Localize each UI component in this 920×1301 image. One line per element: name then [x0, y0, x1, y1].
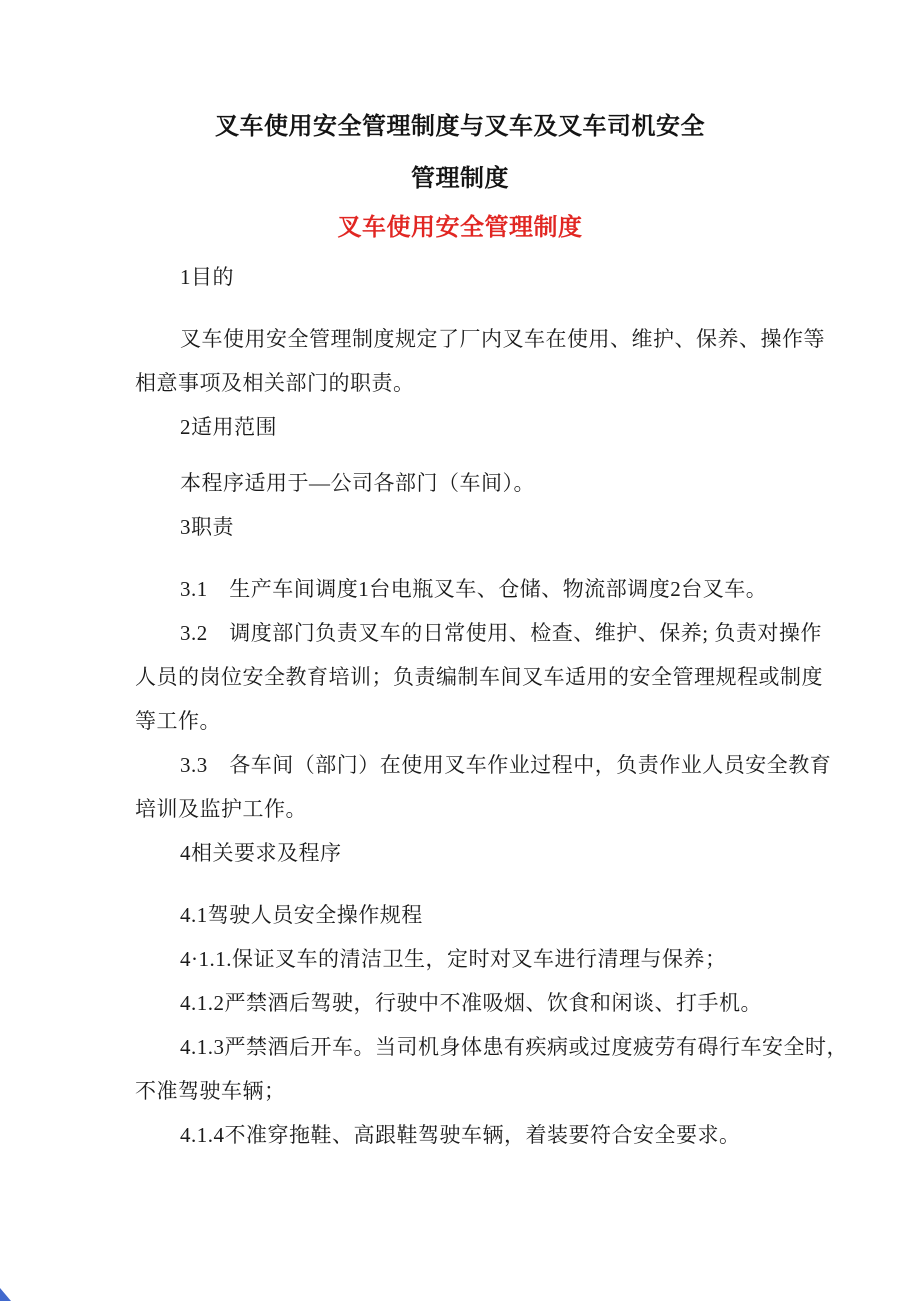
document-line: 4.1驾驶人员安全操作规程 [135, 893, 810, 937]
document-line: 3.3 各车间（部门）在使用叉车作业过程中，负责作业人员安全教育 [135, 743, 810, 787]
document-line: 叉车使用安全管理制度规定了厂内叉车在使用、维护、保养、操作等 [135, 317, 810, 361]
document-line: 等工作。 [135, 699, 810, 743]
document-title-line-1: 叉车使用安全管理制度与叉车及叉车司机安全 [0, 101, 920, 153]
document-line: 不准驾驶车辆； [135, 1069, 810, 1113]
document-line: 培训及监护工作。 [135, 787, 810, 831]
document-subtitle: 叉车使用安全管理制度 [0, 205, 920, 251]
document-line: 4相关要求及程序 [135, 831, 810, 875]
document-line: 2适用范围 [135, 405, 810, 449]
document-line: 4.1.2严禁酒后驾驶，行驶中不准吸烟、饮食和闲谈、打手机。 [135, 981, 810, 1025]
document-line: 4.1.4不准穿拖鞋、高跟鞋驾驶车辆，着装要符合安全要求。 [135, 1113, 810, 1157]
document-header: 叉车使用安全管理制度与叉车及叉车司机安全 管理制度 叉车使用安全管理制度 [0, 0, 920, 251]
document-line: 相意事项及相关部门的职责。 [135, 361, 810, 405]
document-line: 3职责 [135, 505, 810, 549]
document-body: 1目的叉车使用安全管理制度规定了厂内叉车在使用、维护、保养、操作等相意事项及相关… [135, 255, 810, 1157]
document-line: 4.1.3严禁酒后开车。当司机身体患有疾病或过度疲劳有碍行车安全时， [135, 1025, 810, 1069]
document-page: 叉车使用安全管理制度与叉车及叉车司机安全 管理制度 叉车使用安全管理制度 1目的… [0, 0, 920, 1301]
document-line: 1目的 [135, 255, 810, 299]
corner-selection-mark [0, 1288, 11, 1301]
document-line: 4·1.1.保证叉车的清洁卫生，定时对叉车进行清理与保养； [135, 937, 810, 981]
document-line: 3.1 生产车间调度1台电瓶叉车、仓储、物流部调度2台叉车。 [135, 567, 810, 611]
document-line: 人员的岗位安全教育培训；负责编制车间叉车适用的安全管理规程或制度 [135, 655, 787, 699]
document-title-line-2: 管理制度 [0, 153, 920, 205]
document-line: 3.2 调度部门负责叉车的日常使用、检查、维护、保养; 负责对操作 [135, 611, 810, 655]
document-line: 本程序适用于—公司各部门（车间）。 [135, 461, 810, 505]
